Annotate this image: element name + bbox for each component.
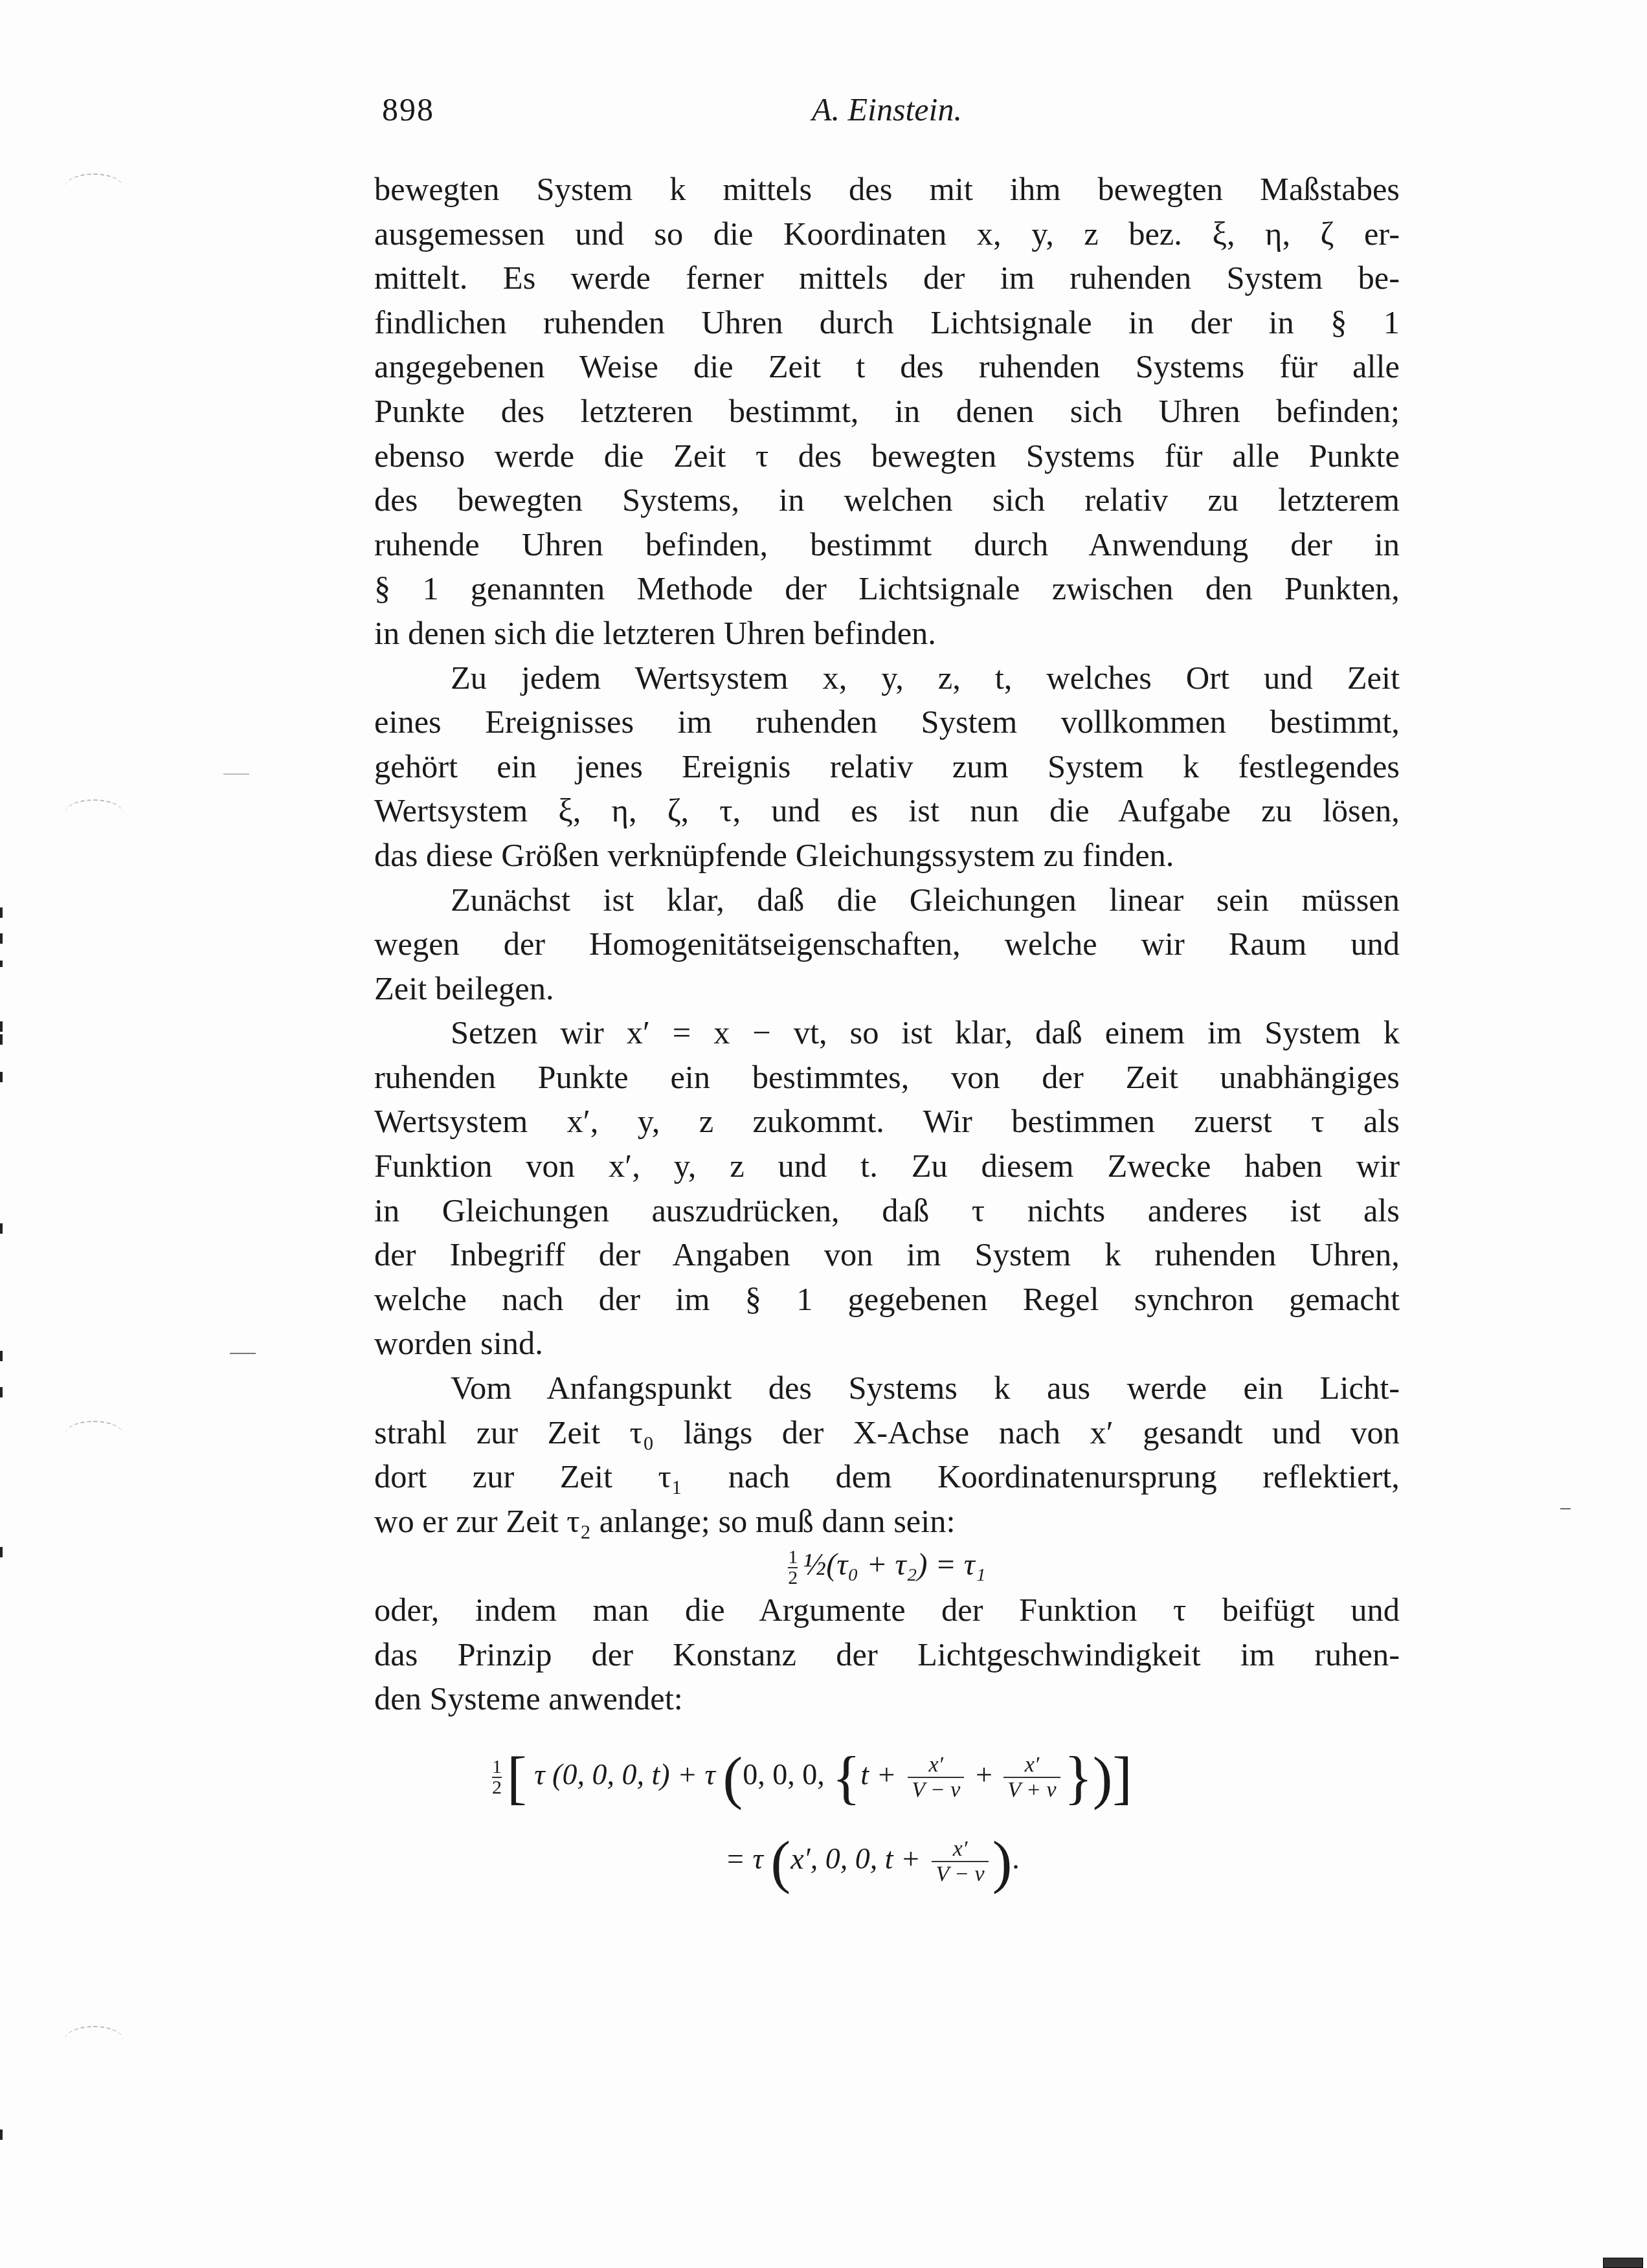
edge-mark	[0, 1351, 3, 1361]
scan-speck	[1560, 1508, 1571, 1509]
text-line: in Gleichungen auszudrücken, daß τ nicht…	[374, 1188, 1400, 1233]
edge-mark	[0, 1072, 3, 1082]
text-line: das diese Größen verknüpfende Gleichungs…	[374, 833, 1400, 878]
text-line: strahl zur Zeit τ₀ längs der X-Achse nac…	[374, 1410, 1400, 1455]
text-line: worden sind.	[374, 1321, 1400, 1366]
fraction-one-half: 12	[788, 1548, 798, 1588]
hole-punch-mark	[65, 2026, 123, 2053]
text-line: Zunächst ist klar, daß die Gleichungen l…	[374, 878, 1400, 922]
edge-mark	[0, 1021, 3, 1032]
text-line: welche nach der im § 1 gegebenen Regel s…	[374, 1277, 1400, 1322]
text-line: angegebenen Weise die Zeit t des ruhende…	[374, 344, 1400, 389]
text-line: bewegten System k mittels des mit ihm be…	[374, 167, 1400, 212]
paragraph-block: oder, indem man die Argumente der Funkti…	[374, 1588, 1400, 1721]
text-line: oder, indem man die Argumente der Funkti…	[374, 1588, 1400, 1632]
fraction-one-half: 12	[492, 1757, 502, 1797]
text-line: in denen sich die letzteren Uhren befind…	[374, 611, 1400, 656]
equation-light-round-trip: 12½(τ₀ + τ₂) = τ₁	[374, 1543, 1400, 1588]
text-line: Wertsystem ξ, η, ζ, τ, und es ist nun di…	[374, 788, 1400, 833]
scan-speck	[230, 1353, 256, 1354]
edge-mark	[0, 1387, 3, 1397]
fraction-x-over-V-minus-v: x′V − v	[908, 1753, 964, 1803]
text-line: ebenso werde die Zeit τ des bewegten Sys…	[374, 434, 1400, 478]
text-line: Punkte des letzteren bestimmt, in denen …	[374, 389, 1400, 434]
paragraph-block: bewegten System k mittels des mit ihm be…	[374, 167, 1400, 1543]
text-line: des bewegten Systems, in welchen sich re…	[374, 478, 1400, 522]
edge-mark	[0, 1223, 3, 1234]
text-line: Wertsystem x′, y, z zukommt. Wir bestimm…	[374, 1099, 1400, 1144]
text-line: dort zur Zeit τ₁ nach dem Koordinatenurs…	[374, 1454, 1400, 1499]
text-line: Funktion von x′, y, z und t. Zu diesem Z…	[374, 1144, 1400, 1188]
text-line: wo er zur Zeit τ₂ anlange; so muß dann s…	[374, 1499, 1400, 1544]
text-line: ruhenden Punkte ein bestimmtes, von der …	[374, 1055, 1400, 1100]
hole-punch-mark	[65, 1421, 123, 1448]
fraction-x-over-V-plus-v: x′V + v	[1003, 1753, 1060, 1803]
text-line: mittelt. Es werde ferner mittels der im …	[374, 256, 1400, 300]
equation-row-2: = τ (x′, 0, 0, t + x′V − v).	[725, 1832, 1020, 1891]
scan-speck	[223, 773, 249, 775]
edge-mark	[0, 2129, 3, 2140]
body-text: bewegten System k mittels des mit ihm be…	[374, 167, 1400, 1721]
equation-tau-functional: 12[ τ (0, 0, 0, t) + τ (0, 0, 0, {t + x′…	[492, 1748, 1334, 1916]
text-line: wegen der Homogenitätseigenschaften, wel…	[374, 922, 1400, 966]
hole-punch-mark	[65, 173, 123, 201]
fraction-x-over-V-minus-v: x′V − v	[932, 1837, 988, 1887]
equation-row-1: 12[ τ (0, 0, 0, t) + τ (0, 0, 0, {t + x′…	[492, 1748, 1132, 1807]
edge-mark	[0, 907, 3, 918]
scan-corner-bar	[1603, 2258, 1643, 2268]
text-line: Setzen wir x′ = x − vt, so ist klar, daß…	[374, 1010, 1400, 1055]
edge-mark	[0, 1034, 3, 1045]
running-title: A. Einstein.	[374, 91, 1400, 128]
scanned-page: 898 A. Einstein. bewegten System k mitte…	[0, 0, 1647, 2268]
running-head: 898 A. Einstein.	[374, 91, 1400, 136]
text-line: Zu jedem Wertsystem x, y, z, t, welches …	[374, 656, 1400, 700]
text-line: eines Ereignisses im ruhenden System vol…	[374, 700, 1400, 744]
text-line: Zeit beilegen.	[374, 966, 1400, 1011]
edge-mark	[0, 1547, 3, 1557]
hole-punch-mark	[65, 799, 123, 827]
text-line: den Systeme anwendet:	[374, 1676, 1400, 1721]
equation-1-text: ½(τ₀ + τ₂) = τ₁	[803, 1548, 985, 1582]
text-line: gehört ein jenes Ereignis relativ zum Sy…	[374, 744, 1400, 789]
text-line: findlichen ruhenden Uhren durch Lichtsig…	[374, 300, 1400, 345]
text-line: § 1 genannten Methode der Lichtsignale z…	[374, 566, 1400, 611]
text-line: Vom Anfangspunkt des Systems k aus werde…	[374, 1366, 1400, 1410]
text-line: das Prinzip der Konstanz der Lichtgeschw…	[374, 1632, 1400, 1677]
edge-mark	[0, 933, 3, 944]
edge-mark	[0, 961, 3, 967]
text-line: ausgemessen und so die Koordinaten x, y,…	[374, 212, 1400, 256]
text-line: ruhende Uhren befinden, bestimmt durch A…	[374, 522, 1400, 567]
text-line: der Inbegriff der Angaben von im System …	[374, 1232, 1400, 1277]
